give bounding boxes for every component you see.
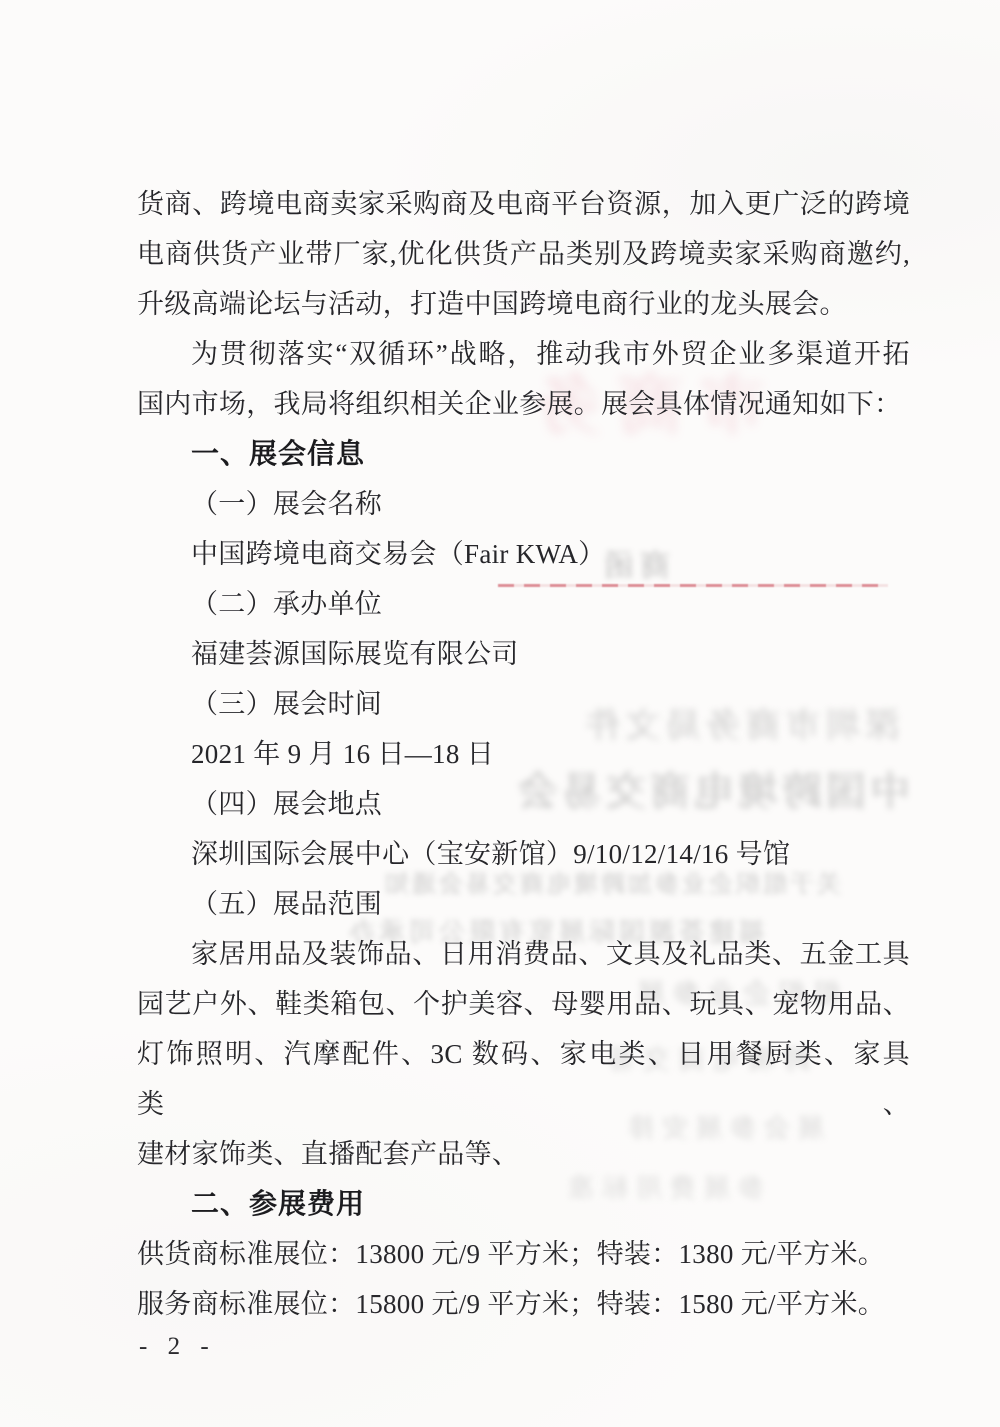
- doc-line: 建材家饰类、直播配套产品等、: [137, 1129, 910, 1179]
- subsection-1-title: （一）展会名称: [137, 479, 910, 529]
- service-fee-line: 服务商标准展位：15800 元/9 平方米；特装：1580 元/平方米。: [137, 1279, 910, 1329]
- doc-line: 园艺户外、鞋类箱包、个护美容、母婴用品、玩具、宠物用品、: [137, 979, 910, 1029]
- section-heading-1: 一、展会信息: [137, 429, 910, 479]
- doc-line: 货商、跨境电商卖家采购商及电商平台资源，加入更广泛的跨境: [137, 179, 910, 229]
- subsection-5-title: （五）展品范围: [137, 879, 910, 929]
- subsection-3-title: （三）展会时间: [137, 679, 910, 729]
- scanned-document-page: 市商务 商函 深圳市商务局文件 中国跨境电商交易会 关于组织企业参加跨境电商交易…: [0, 0, 1000, 1427]
- organizer-name: 福建荟源国际展览有限公司: [137, 629, 910, 679]
- section-heading-2: 二、参展费用: [137, 1179, 910, 1229]
- supplier-fee-line: 供货商标准展位：13800 元/9 平方米；特装：1380 元/平方米。: [137, 1229, 910, 1279]
- page-number: - 2 -: [139, 1333, 216, 1361]
- exhibition-name: 中国跨境电商交易会（Fair KWA）: [137, 529, 910, 579]
- exhibition-venue: 深圳国际会展中心（宝安新馆）9/10/12/14/16 号馆: [137, 829, 910, 879]
- doc-line: 升级高端论坛与活动，打造中国跨境电商行业的龙头展会。: [137, 279, 910, 329]
- doc-line: 国内市场，我局将组织相关企业参展。展会具体情况通知如下：: [137, 379, 910, 429]
- subsection-4-title: （四）展会地点: [137, 779, 910, 829]
- doc-line: 为贯彻落实“双循环”战略，推动我市外贸企业多渠道开拓: [137, 329, 910, 379]
- exhibition-date: 2021 年 9 月 16 日—18 日: [137, 729, 910, 779]
- doc-line: 电商供货产业带厂家,优化供货产品类别及跨境卖家采购商邀约,: [137, 229, 910, 279]
- document-body: 货商、跨境电商卖家采购商及电商平台资源，加入更广泛的跨境 电商供货产业带厂家,优…: [137, 179, 910, 1329]
- doc-line: 家居用品及装饰品、日用消费品、文具及礼品类、五金工具: [137, 929, 910, 979]
- subsection-2-title: （二）承办单位: [137, 579, 910, 629]
- doc-line: 灯饰照明、汽摩配件、3C 数码、家电类、日用餐厨类、家具类、: [137, 1029, 910, 1129]
